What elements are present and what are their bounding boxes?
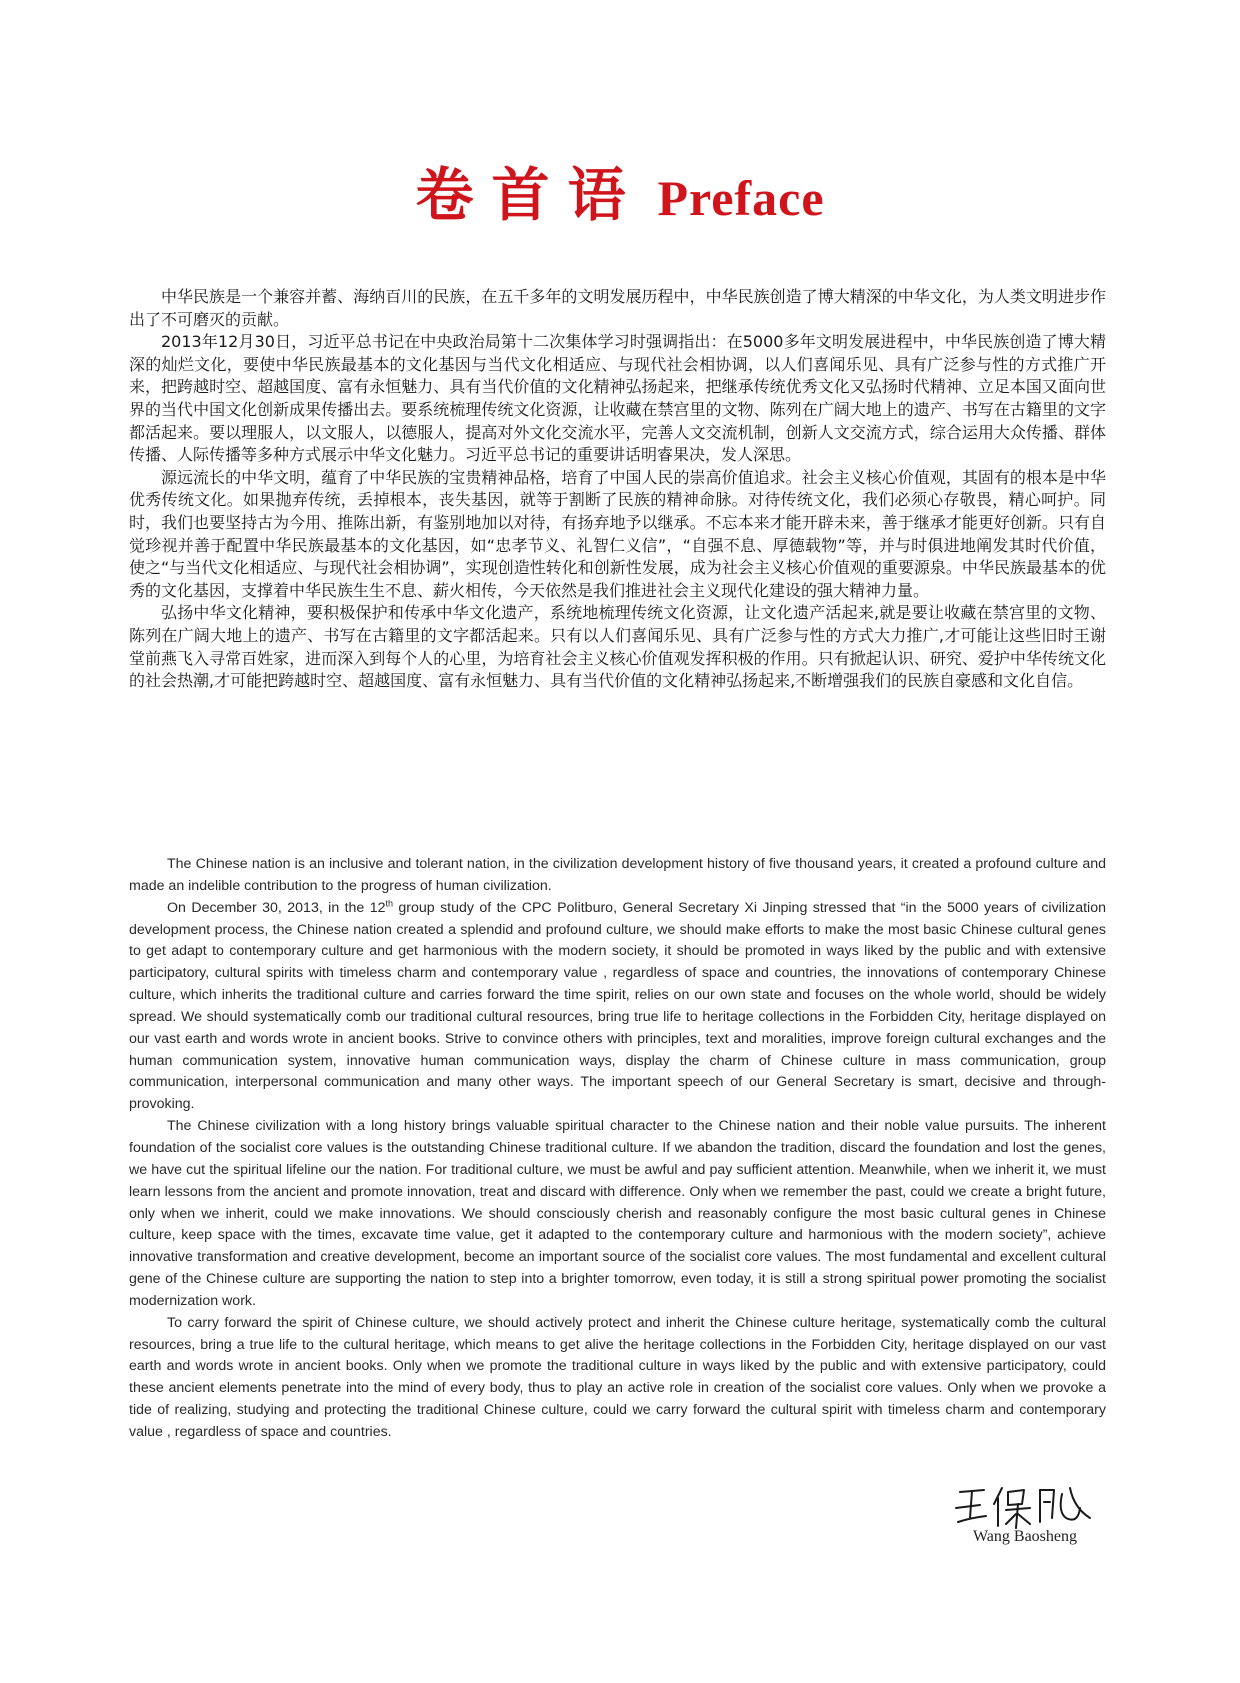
chinese-text-body: 中华民族是一个兼容并蓄、海纳百川的民族，在五千多年的文明发展历程中，中华民族创造… <box>129 286 1106 693</box>
en-paragraph-3: The Chinese civilization with a long his… <box>129 1116 1106 1313</box>
zh-paragraph-3: 源远流长的中华文明，蕴育了中华民族的宝贵精神品格，培育了中国人民的崇高价值追求。… <box>129 467 1106 603</box>
en-paragraph-2: On December 30, 2013, in the 12th group … <box>129 898 1106 1116</box>
zh-paragraph-2: 2013年12月30日，习近平总书记在中央政治局第十二次集体学习时强调指出：在5… <box>129 331 1106 467</box>
title-english: Preface <box>657 170 824 226</box>
zh-paragraph-1: 中华民族是一个兼容并蓄、海纳百川的民族，在五千多年的文明发展历程中，中华民族创造… <box>129 286 1106 331</box>
en-paragraph-2-rest: group study of the CPC Politburo, Genera… <box>129 900 1106 1113</box>
en-paragraph-4: To carry forward the spirit of Chinese c… <box>129 1313 1106 1444</box>
ordinal-superscript: th <box>386 898 394 908</box>
en-paragraph-1: The Chinese nation is an inclusive and t… <box>129 854 1106 898</box>
author-name: Wang Baosheng <box>960 1528 1090 1546</box>
page-title: 卷首语Preface <box>0 148 1240 232</box>
en-paragraph-2-start: On December 30, 2013, in the 12 <box>167 900 386 916</box>
preface-page: 卷首语Preface 中华民族是一个兼容并蓄、海纳百川的民族，在五千多年的文明发… <box>0 0 1240 1683</box>
english-text-body: The Chinese nation is an inclusive and t… <box>129 854 1106 1444</box>
zh-paragraph-4: 弘扬中华文化精神，要积极保护和传承中华文化遗产，系统地梳理传统文化资源，让文化遗… <box>129 602 1106 692</box>
title-chinese: 卷首语 <box>415 161 643 229</box>
